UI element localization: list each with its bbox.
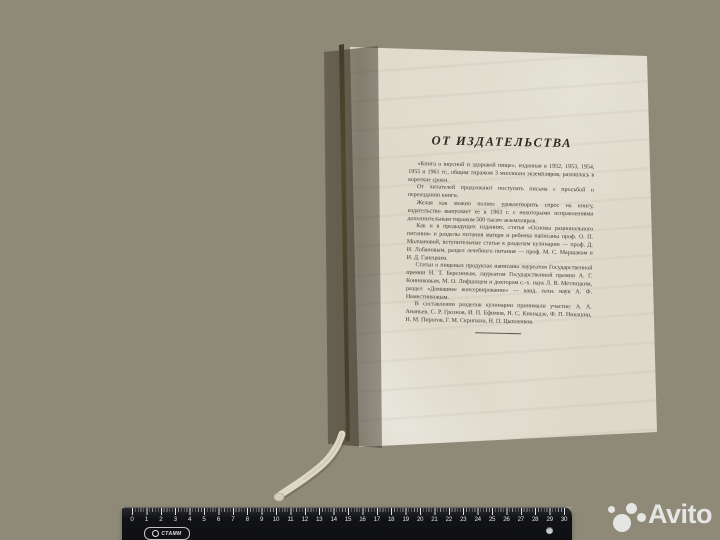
ruler-number: 12 xyxy=(302,516,308,523)
ruler-number: 6 xyxy=(217,516,220,523)
ruler-number: 19 xyxy=(402,516,408,523)
ruler-number: 23 xyxy=(460,516,466,523)
ruler-number: 18 xyxy=(388,516,394,523)
photo-of-open-book: КНИГАО ВКУСНОЙИ ЗДОРОВОЙПИЩЕ ОТ ИЗДАТЕЛЬ… xyxy=(0,0,720,540)
ruler-number: 17 xyxy=(374,516,380,523)
ruler-number: 27 xyxy=(518,516,524,523)
ruler-number: 15 xyxy=(345,516,351,523)
ruler-scale-numbers: 0123456789101112131415161718192021222324… xyxy=(132,516,567,525)
ruler-number: 14 xyxy=(330,516,336,523)
measuring-ruler: 0123456789101112131415161718192021222324… xyxy=(122,507,572,540)
avito-logo-icon xyxy=(626,503,637,514)
avito-logo-icon xyxy=(608,506,615,513)
ruler-number: 29 xyxy=(546,516,552,523)
ruler-number: 7 xyxy=(231,516,234,523)
ruler-number: 0 xyxy=(130,516,133,523)
ruler-number: 4 xyxy=(188,516,191,523)
avito-watermark: Avito xyxy=(606,500,716,536)
book-paragraph: В составлении разделов кулинарии принима… xyxy=(405,301,591,328)
ruler-number: 9 xyxy=(260,516,263,523)
ruler-number: 24 xyxy=(474,516,480,523)
book-paragraph: Желая как можно полнее удовлетворить спр… xyxy=(407,200,593,227)
ruler-number: 3 xyxy=(174,516,177,523)
avito-wordmark: Avito xyxy=(648,499,712,530)
ruler-number: 26 xyxy=(503,516,509,523)
ruler-number: 5 xyxy=(202,516,205,523)
ruler-brand-label: СТАММ xyxy=(161,531,181,537)
ribbon-bookmark xyxy=(266,428,356,508)
publisher-note: ОТ ИЗДАТЕЛЬСТВА «Книга о вкусной и здоро… xyxy=(405,133,595,335)
ruler-number: 13 xyxy=(316,516,322,523)
book-paragraph: Как и в предыдущих изданиях, статья «Осн… xyxy=(407,223,594,266)
ruler-number: 10 xyxy=(273,516,279,523)
ruler-cm-ticks xyxy=(132,508,567,515)
ruler-number: 25 xyxy=(489,516,495,523)
avito-logo-icon xyxy=(637,513,646,522)
ruler-number: 11 xyxy=(287,516,293,523)
body-text: «Книга о вкусной и здоровой пище», издан… xyxy=(405,161,594,328)
ruler-number: 21 xyxy=(431,516,437,523)
ruler-brand-icon xyxy=(152,530,159,537)
ruler-number: 28 xyxy=(532,516,538,523)
ruler-number: 1 xyxy=(145,516,148,523)
book-paragraph: Статьи о пищевых продуктах написаны лаур… xyxy=(406,262,593,305)
ruler-number: 16 xyxy=(359,516,365,523)
ruler-number: 30 xyxy=(561,516,567,523)
ruler-number: 22 xyxy=(446,516,452,523)
ruler-number: 2 xyxy=(159,516,162,523)
ruler-number: 8 xyxy=(246,516,249,523)
ruler-hanging-hole xyxy=(546,527,553,534)
avito-logo-icon xyxy=(613,514,631,532)
ruler-brand-badge: СТАММ xyxy=(144,527,190,540)
ruler-number: 20 xyxy=(417,516,423,523)
page-heading: ОТ ИЗДАТЕЛЬСТВА xyxy=(409,133,595,152)
